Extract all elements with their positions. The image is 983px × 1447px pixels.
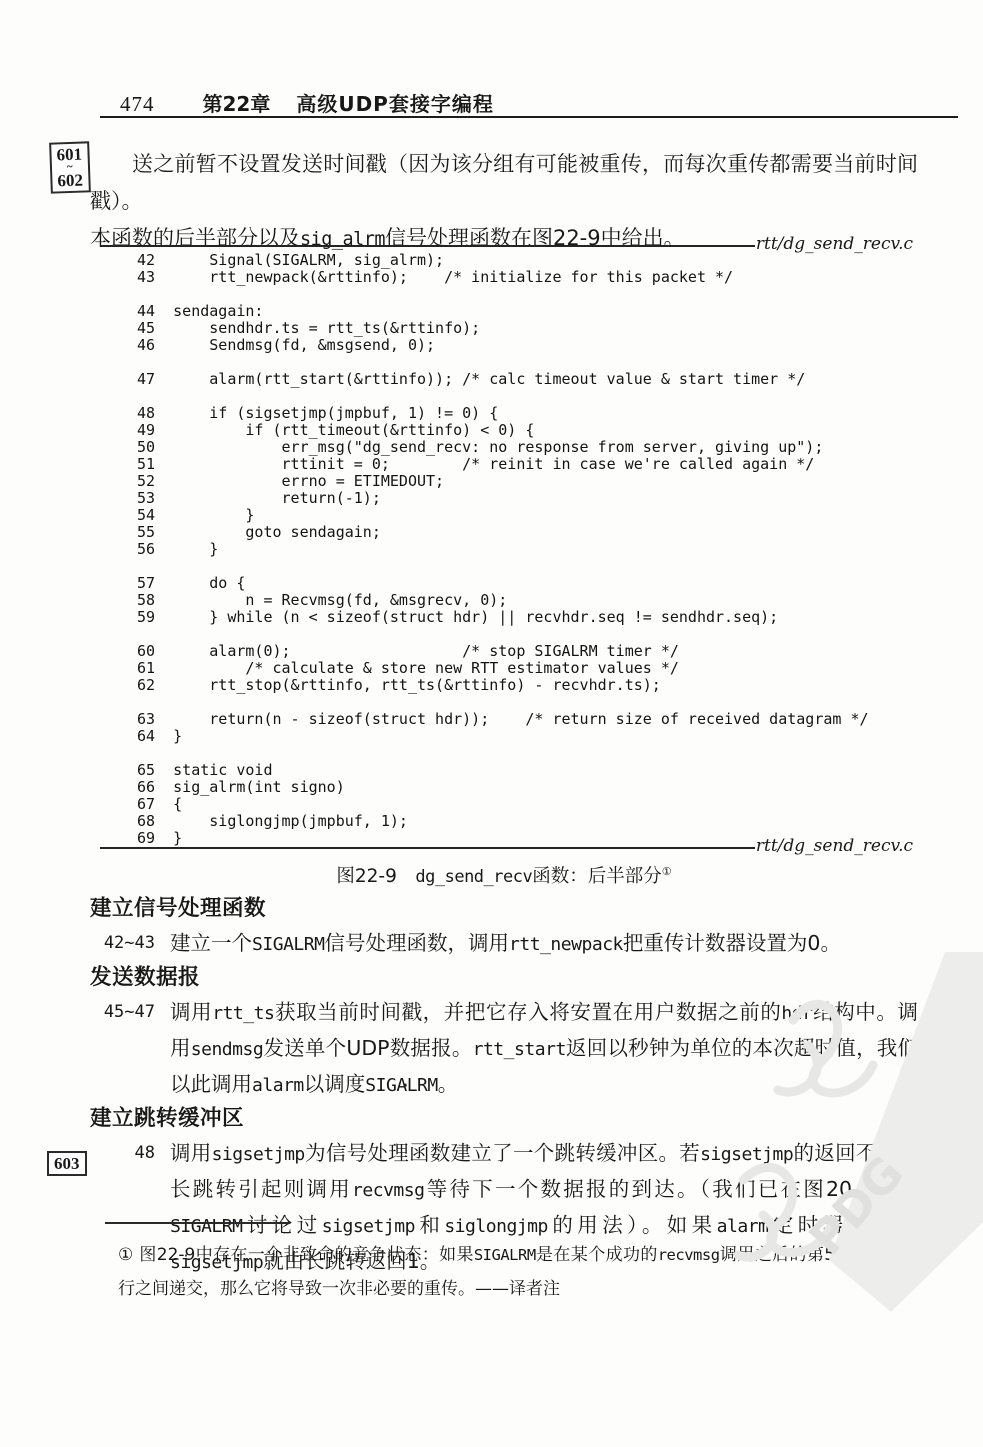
- chapter-title: 高级UDP套接字编程: [296, 88, 494, 117]
- footnote-text: ① 图22-9中存在一个非致命的竞争状态：如果SIGALRM是在某个成功的rec…: [105, 1238, 920, 1306]
- page-header: 474 第22章 高级UDP套接字编程: [120, 88, 923, 117]
- page-number: 474: [120, 92, 155, 117]
- item-text: 建立一个SIGALRM信号处理函数，调用rtt_newpack把重传计数器设置为…: [170, 926, 918, 962]
- margin-note-box-top: 601 ~ 602: [49, 141, 90, 193]
- item-line-range: 42~43: [90, 926, 170, 962]
- item-line-range: 45~47: [90, 995, 170, 1103]
- footnote-separator: [105, 1222, 290, 1224]
- chapter-label: 第22章: [203, 88, 271, 117]
- source-file-label: rtt/dg_send_recv.c: [755, 836, 913, 856]
- source-file-label: rtt/dg_send_recv.c: [755, 234, 913, 254]
- source-rule-line: [100, 847, 755, 849]
- book-page: 474 第22章 高级UDP套接字编程 601 ~ 602 603 送之前暂不设…: [0, 0, 983, 1447]
- header-rule: [100, 116, 958, 118]
- margin-page: 603: [54, 1154, 80, 1173]
- commentary-item: 45~47 调用rtt_ts获取当前时间戳，并把它存入将安置在用户数据之前的hd…: [90, 995, 918, 1103]
- section-heading-jump-buffer: 建立跳转缓冲区: [90, 1106, 918, 1132]
- intro-paragraph-1: 送之前暂不设置发送时间戳（因为该分组有可能被重传，而每次重传都需要当前时间戳）。: [90, 146, 918, 220]
- source-rule-bottom: rtt/dg_send_recv.c: [100, 838, 913, 858]
- margin-note-box-bottom: 603: [47, 1151, 87, 1176]
- code-listing: 42 Signal(SIGALRM, sig_alrm); 43 rtt_new…: [128, 252, 869, 847]
- scan-artifact-dot: ·: [402, 1074, 409, 1099]
- commentary-item: 42~43 建立一个SIGALRM信号处理函数，调用rtt_newpack把重传…: [90, 926, 918, 962]
- item-text: 调用rtt_ts获取当前时间戳，并把它存入将安置在用户数据之前的hdr结构中。调…: [170, 995, 918, 1103]
- footnote-block: ① 图22-9中存在一个非致命的竞争状态：如果SIGALRM是在某个成功的rec…: [105, 1222, 920, 1306]
- section-heading-send-datagram: 发送数据报: [90, 965, 918, 991]
- source-rule-line: [100, 245, 755, 247]
- margin-page-end: 602: [57, 171, 83, 191]
- figure-caption: 图22-9 dg_send_recv函数：后半部分①: [90, 862, 918, 888]
- section-heading-signal-handler: 建立信号处理函数: [90, 896, 918, 922]
